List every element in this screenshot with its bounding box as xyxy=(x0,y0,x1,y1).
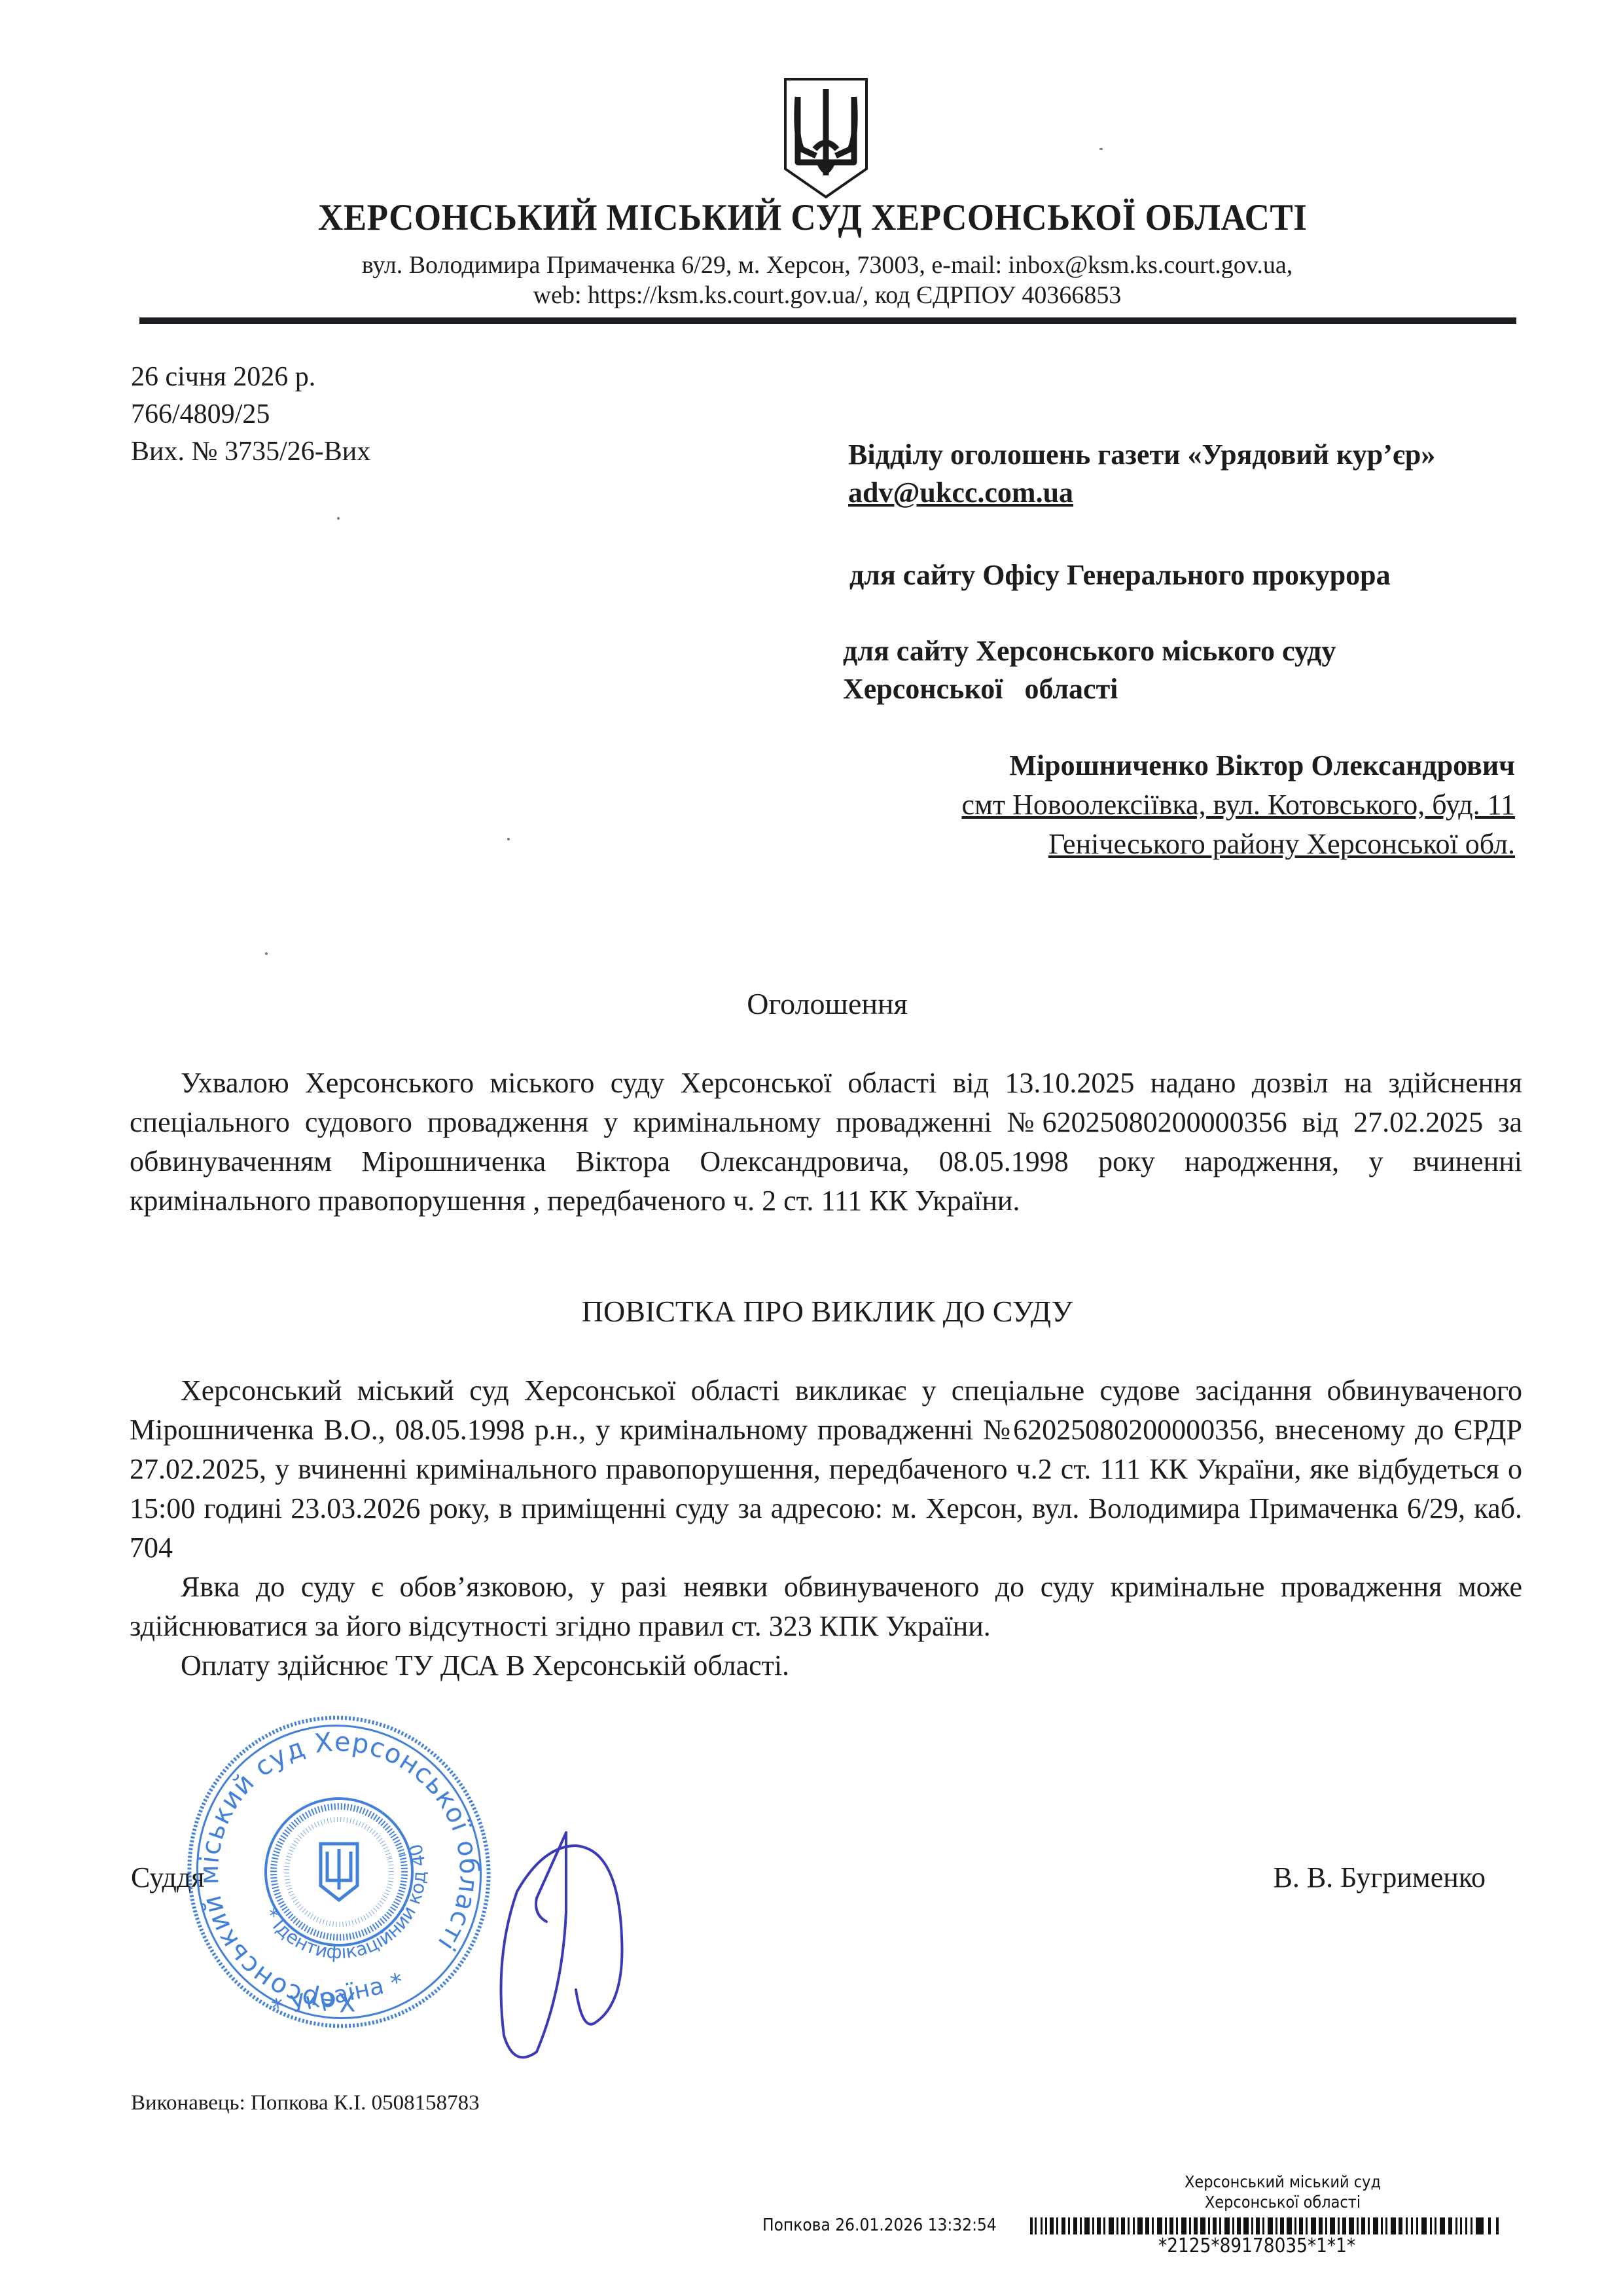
announcement-text: Ухвалою Херсонського міського суду Херсо… xyxy=(130,1064,1522,1221)
recipient-name-line1: для сайту Херсонського міського суду xyxy=(843,632,1336,670)
scan-speck xyxy=(507,838,510,840)
recipient-email-link[interactable]: adv@ukcc.com.ua xyxy=(848,474,1435,512)
executor-line: Виконавець: Попкова К.І. 0508158783 xyxy=(131,2089,480,2117)
barcode-icon xyxy=(1030,2217,1500,2234)
defendant-block: Мірошниченко Віктор Олександрович смт Но… xyxy=(962,746,1515,864)
court-web-line: web: https://ksm.ks.court.gov.ua/, код Є… xyxy=(0,280,1623,310)
announcement-title: Оголошення xyxy=(0,985,1623,1023)
summons-title: ПОВІСТКА ПРО ВИКЛИК ДО СУДУ xyxy=(0,1293,1623,1331)
scan-speck xyxy=(1099,148,1103,150)
scan-speck xyxy=(337,517,340,520)
summons-paragraph: Херсонський міський суд Херсонської обла… xyxy=(130,1371,1522,1568)
defendant-address-line1: смт Новоолексіївка, вул. Котовського, бу… xyxy=(962,785,1515,825)
recipient-name: Відділу оголошень газети «Урядовий кур’є… xyxy=(848,436,1435,474)
registration-user-timestamp: Попкова 26.01.2026 13:32:54 xyxy=(762,2215,997,2236)
court-name-title: ХЕРСОНСЬКИЙ МІСЬКИЙ СУД ХЕРСОНСЬКОЇ ОБЛА… xyxy=(58,195,1567,241)
attendance-paragraph: Явка до суду є обов’язковою, у разі неяв… xyxy=(130,1568,1522,1646)
document-meta: 26 січня 2026 р. 766/4809/25 Вих. № 3735… xyxy=(131,359,370,471)
recipient-prosecutor-office: для сайту Офісу Генерального прокурора xyxy=(849,556,1391,594)
recipient-name-line2: Херсонської області xyxy=(843,670,1336,708)
outgoing-number: Вих. № 3735/26-Вих xyxy=(131,433,370,471)
judge-name: В. В. Бугрименко xyxy=(1273,1859,1486,1897)
registration-court-line1: Херсонський міський суд xyxy=(1177,2172,1389,2192)
document-date: 26 січня 2026 р. xyxy=(131,359,370,396)
court-stamp-icon: Херсонський міський суд Херсонської обла… xyxy=(182,1715,496,2029)
defendant-address-line2: Генічеського району Херсонської обл. xyxy=(962,825,1515,864)
recipient-court-website: для сайту Херсонського міського суду Хер… xyxy=(843,632,1336,708)
judge-signature-icon xyxy=(478,1793,628,2068)
defendant-name: Мірошниченко Віктор Олександрович xyxy=(962,746,1515,785)
recipient-newspaper: Відділу оголошень газети «Урядовий кур’є… xyxy=(848,436,1435,512)
header-divider xyxy=(139,317,1516,324)
registration-court: Херсонський міський суд Херсонської обла… xyxy=(1177,2172,1389,2212)
court-address-line: вул. Володимира Примаченка 6/29, м. Херс… xyxy=(0,250,1623,280)
case-number: 766/4809/25 xyxy=(131,396,370,433)
coat-of-arms-icon xyxy=(783,77,868,199)
scan-speck xyxy=(265,952,268,955)
registration-court-line2: Херсонської області xyxy=(1177,2192,1389,2212)
barcode-number: *2125*89178035*1*1* xyxy=(1158,2234,1355,2258)
payment-paragraph: Оплату здійснює ТУ ДСА В Херсонській обл… xyxy=(130,1646,1522,1685)
